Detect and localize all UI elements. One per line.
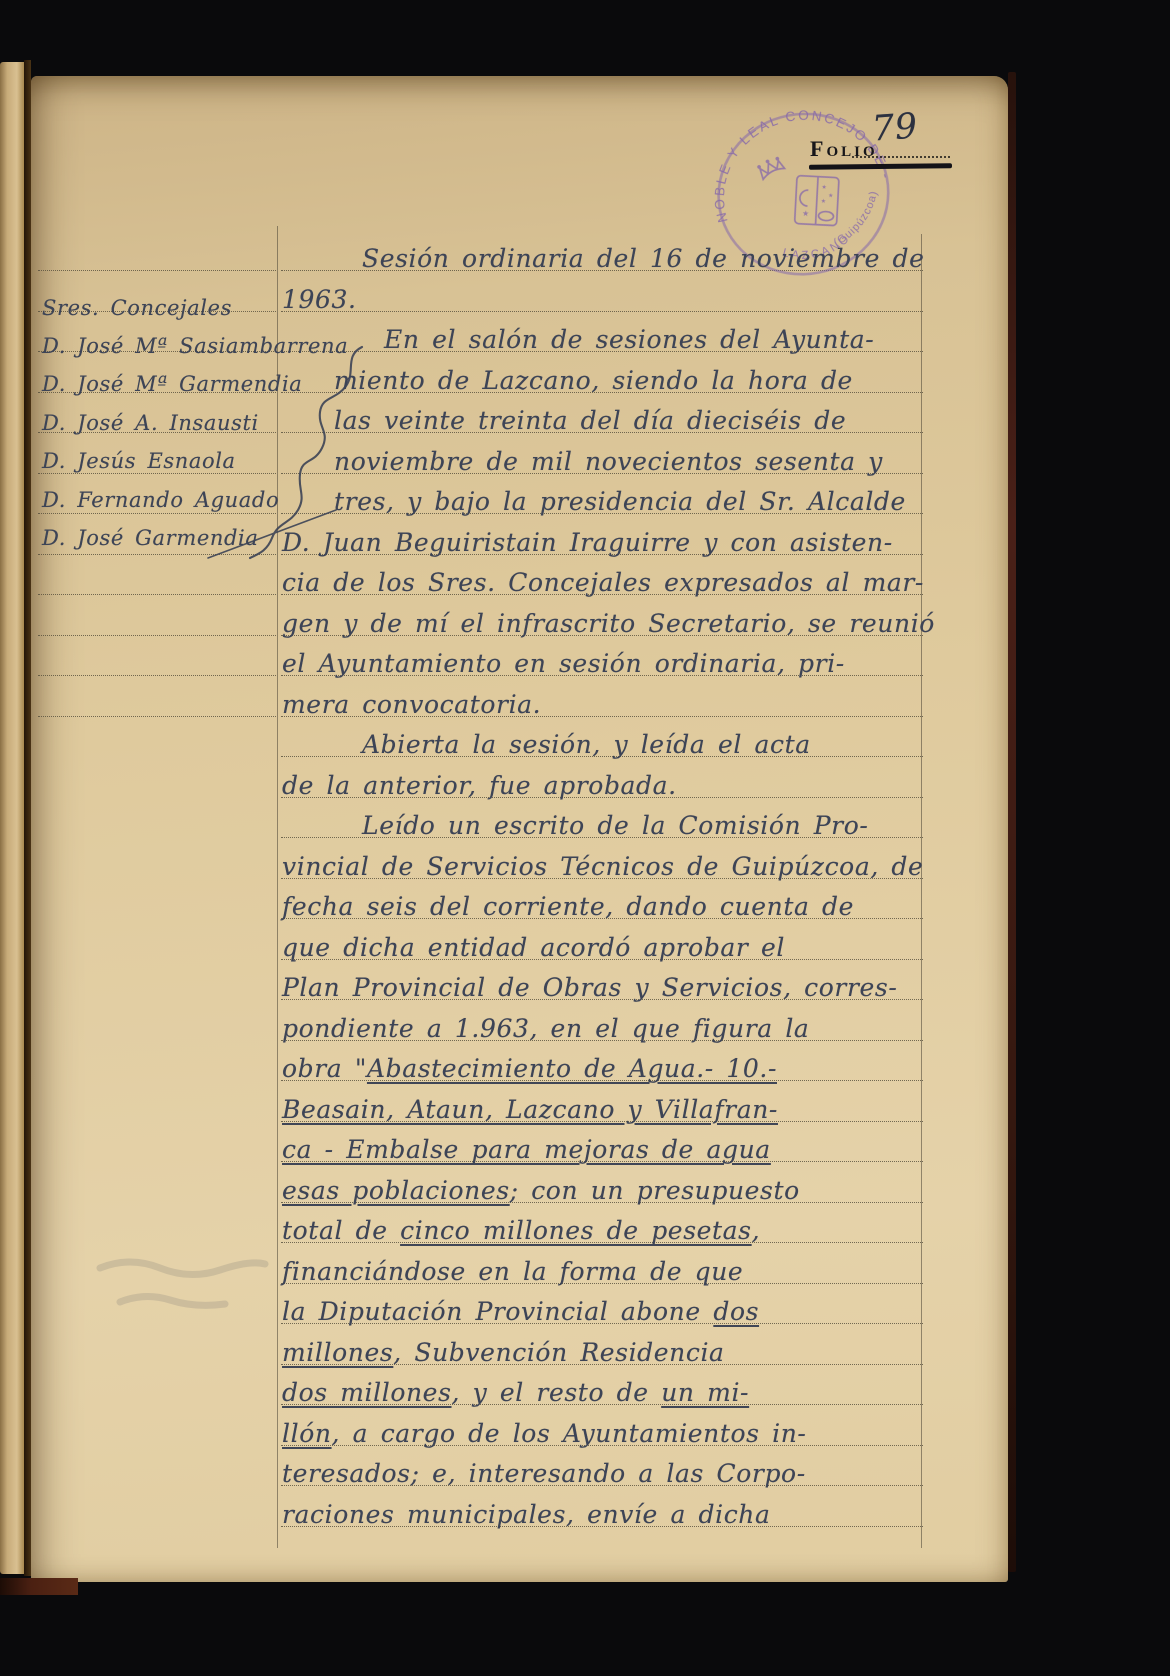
handwritten-line: que dicha entidad acordó aprobar el [282, 933, 785, 962]
underlined-phrase: esas poblaciones [282, 1176, 510, 1205]
underlined-phrase: ca - Embalse para mejoras de agua [282, 1135, 771, 1164]
handwritten-line: ca - Embalse para mejoras de agua [282, 1135, 771, 1164]
text-segment: 1963. [282, 285, 357, 314]
councilor-name: D. José A. Insausti [42, 411, 259, 435]
svg-text:(Guipúzcoa): (Guipúzcoa) [824, 187, 889, 249]
underlined-phrase: dos millones [282, 1378, 452, 1407]
handwritten-line: llón, a cargo de los Ayuntamientos in- [282, 1419, 806, 1448]
text-segment: noviembre de mil novecientos sesenta y [334, 447, 883, 476]
handwritten-line: mera convocatoria. [282, 690, 541, 719]
handwritten-line: total de cinco millones de pesetas, [282, 1216, 760, 1245]
handwritten-line: tres, y bajo la presidencia del Sr. Alca… [282, 487, 906, 516]
folio-printed-label: Folio [810, 136, 878, 162]
handwritten-line: Plan Provincial de Obras y Servicios, co… [282, 973, 897, 1002]
text-segment: Sesión ordinaria del 16 de noviembre de [362, 244, 925, 273]
ruled-line-margin [38, 635, 276, 636]
text-segment: financiándose en la forma de que [282, 1257, 743, 1286]
handwritten-line: esas poblaciones; con un presupuesto [282, 1176, 800, 1205]
text-segment: , Subvención Residencia [393, 1338, 724, 1367]
text-segment: la Diputación Provincial abone [282, 1297, 713, 1326]
handwritten-line: vincial de Servicios Técnicos de Guipúzc… [282, 852, 923, 881]
handwritten-line: el Ayuntamiento en sesión ordinaria, pri… [282, 649, 845, 678]
text-segment: ; con un presupuesto [510, 1176, 800, 1205]
handwritten-line: noviembre de mil novecientos sesenta y [282, 447, 883, 476]
handwritten-line: Beasain, Ataun, Lazcano y Villafran- [282, 1095, 778, 1124]
text-segment: , [752, 1216, 761, 1245]
handwritten-line: las veinte treinta del día dieciséis de [282, 406, 846, 435]
text-segment: , a cargo de los Ayuntamientos in- [332, 1419, 807, 1448]
text-segment: total de [282, 1216, 400, 1245]
councilor-name: D. José Mª Garmendia [42, 372, 302, 396]
handwritten-line: la Diputación Provincial abone dos [282, 1297, 759, 1326]
handwritten-line: miento de Lazcano, siendo la hora de [282, 366, 853, 395]
text-segment: tres, y bajo la presidencia del Sr. Alca… [334, 487, 906, 516]
svg-text:★: ★ [821, 184, 827, 191]
underlined-phrase: un mi- [661, 1378, 749, 1407]
underlined-phrase: dos [713, 1297, 759, 1326]
text-segment: cia de los Sres. Concejales expresados a… [282, 568, 924, 597]
councilor-name: D. Jesús Esnaola [42, 449, 236, 473]
scanned-minutes-page: Folio 79 NOBLE Y LEAL CONCEJO DE - LAZCA… [0, 0, 1170, 1676]
book-cover-corner [0, 1578, 78, 1595]
left-margin-rule [277, 226, 278, 1548]
text-segment: las veinte treinta del día dieciséis de [334, 406, 846, 435]
councilor-name: D. José Garmendia [42, 526, 258, 550]
folio-number-handwritten: 79 [871, 106, 919, 149]
folio-dotted-leader [852, 156, 950, 158]
text-segment: mera convocatoria. [282, 690, 541, 719]
text-segment: Abierta la sesión, y leída el acta [362, 730, 811, 759]
margin-heading: Sres. Concejales [42, 296, 232, 320]
handwritten-line: 1963. [282, 285, 357, 314]
svg-text:★: ★ [802, 209, 810, 218]
text-segment: de la anterior, fue aprobada. [282, 771, 677, 800]
handwritten-line: pondiente a 1.963, en el que figura la [282, 1014, 809, 1043]
text-segment: el Ayuntamiento en sesión ordinaria, pri… [282, 649, 845, 678]
handwritten-line: Sesión ordinaria del 16 de noviembre de [282, 244, 925, 273]
book-binding-crease [24, 60, 31, 1576]
ruled-line-margin [38, 270, 276, 271]
handwritten-line: raciones municipales, envíe a dicha [282, 1500, 771, 1529]
previous-page-edge [0, 62, 24, 1574]
text-segment: que dicha entidad acordó aprobar el [282, 933, 785, 962]
underlined-phrase: Abastecimiento de Agua.- 10.- [367, 1054, 777, 1083]
handwritten-line: teresados; e, interesando a las Corpo- [282, 1459, 806, 1488]
handwritten-line: obra "Abastecimiento de Agua.- 10.- [282, 1054, 777, 1083]
handwritten-line: fecha seis del corriente, dando cuenta d… [282, 892, 854, 921]
text-segment: En el salón de sesiones del Ayunta- [384, 325, 874, 354]
book-cover-edge [1008, 72, 1016, 1572]
handwritten-line: Leído un escrito de la Comisión Pro- [282, 811, 868, 840]
ruled-line-margin [38, 513, 276, 514]
right-margin-rule [921, 234, 922, 1548]
handwritten-line: de la anterior, fue aprobada. [282, 771, 677, 800]
text-segment: miento de Lazcano, siendo la hora de [334, 366, 853, 395]
handwritten-line: En el salón de sesiones del Ayunta- [282, 325, 874, 354]
ruled-line-margin [38, 675, 276, 676]
underlined-phrase: Beasain, Ataun, Lazcano y Villafran- [282, 1095, 778, 1124]
svg-text:★: ★ [821, 198, 827, 205]
underlined-phrase: cinco millones de pesetas [400, 1216, 751, 1245]
handwritten-line: gen y de mí el infrascrito Secretario, s… [282, 609, 935, 638]
handwritten-line: millones, Subvención Residencia [282, 1338, 725, 1367]
ruled-line [281, 311, 923, 312]
text-segment: Plan Provincial de Obras y Servicios, co… [282, 973, 897, 1002]
handwritten-line: financiándose en la forma de que [282, 1257, 743, 1286]
text-segment: Leído un escrito de la Comisión Pro- [362, 811, 868, 840]
stamp-province-text: (Guipúzcoa) [824, 187, 889, 249]
text-segment: D. Juan Beguiristain Iraguirre y con asi… [282, 528, 893, 557]
text-segment: teresados; e, interesando a las Corpo- [282, 1459, 806, 1488]
ruled-line-margin [38, 716, 276, 717]
handwritten-line: cia de los Sres. Concejales expresados a… [282, 568, 924, 597]
handwritten-line: D. Juan Beguiristain Iraguirre y con asi… [282, 528, 893, 557]
text-segment: vincial de Servicios Técnicos de Guipúzc… [282, 852, 923, 881]
councilor-name: D. Fernando Aguado [42, 488, 279, 512]
underlined-phrase: millones [282, 1338, 393, 1367]
text-segment: raciones municipales, envíe a dicha [282, 1500, 771, 1529]
svg-text:★: ★ [828, 192, 834, 199]
text-segment: gen y de mí el infrascrito Secretario, s… [282, 609, 935, 638]
handwritten-line: Abierta la sesión, y leída el acta [282, 730, 811, 759]
ruled-line-margin [38, 594, 276, 595]
text-segment: obra " [282, 1054, 367, 1083]
ruled-line-margin [38, 554, 276, 555]
handwritten-line: dos millones, y el resto de un mi- [282, 1378, 749, 1407]
text-segment: pondiente a 1.963, en el que figura la [282, 1014, 809, 1043]
text-segment: , y el resto de [452, 1378, 662, 1407]
text-segment: fecha seis del corriente, dando cuenta d… [282, 892, 854, 921]
underlined-phrase: llón [282, 1419, 332, 1448]
